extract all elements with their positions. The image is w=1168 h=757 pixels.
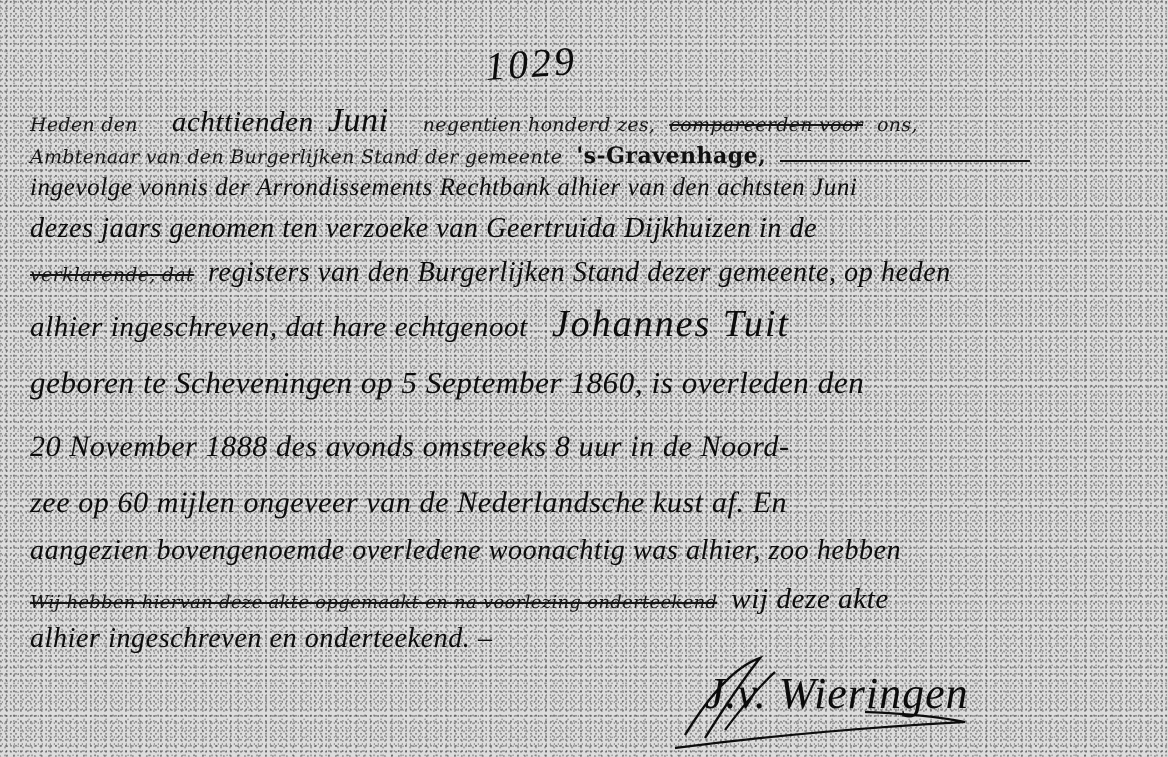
printed-year: negentien honderd zes, [423,114,656,136]
municipality-name: 's-Gravenhage, [576,143,766,169]
struck-printed-text: compareerden voor [669,114,863,136]
signature-text: J.v. Wieringen [705,668,969,719]
handwritten-text: dezes jaars genomen ten verzoeke van Gee… [30,213,817,245]
handwritten-text: 20 November 1888 des avonds omstreeks 8 … [30,430,790,464]
struck-printed-text: verklarende, dat [30,264,194,286]
handwritten-day: achttienden [172,106,314,139]
record-line-11: Wij hebben hiervan deze akte opgemaakt e… [30,583,1148,616]
printed-officer-text: Ambtenaar van den Burgerlijken Stand der… [30,146,562,168]
fill-rule [780,160,1030,162]
record-line-8: 20 November 1888 des avonds omstreeks 8 … [30,430,1148,464]
record-line-12: alhier ingeschreven en onderteekend. – [30,623,1148,655]
handwritten-text: alhier ingeschreven, dat hare echtgenoot [30,311,528,344]
handwritten-text: wij deze akte [731,583,889,616]
struck-printed-text: Wij hebben hiervan deze akte opgemaakt e… [30,592,717,613]
record-line-9: zee op 60 mijlen ongeveer van de Nederla… [30,486,1148,520]
record-line-4: dezes jaars genomen ten verzoeke van Gee… [30,213,1148,245]
handwritten-text: alhier ingeschreven en onderteekend. – [30,623,493,655]
handwritten-text: zee op 60 mijlen ongeveer van de Nederla… [30,486,787,520]
record-line-2: Ambtenaar van den Burgerlijken Stand der… [30,143,1148,169]
handwritten-text: ingevolge vonnis der Arrondissements Rec… [30,174,857,202]
handwritten-text: registers van den Burgerlijken Stand dez… [208,257,951,289]
official-signature: J.v. Wieringen [665,650,975,750]
record-line-7: geboren te Scheveningen op 5 September 1… [30,365,1148,401]
record-line-1: Heden den achttienden Juni negentien hon… [30,102,1148,140]
record-line-10: aangezien bovengenoemde overledene woona… [30,535,1148,567]
handwritten-text: geboren te Scheveningen op 5 September 1… [30,365,864,401]
handwritten-month: Juni [328,102,389,140]
civil-registry-record: 1029 Heden den achttienden Juni negentie… [0,0,1168,757]
record-line-6: alhier ingeschreven, dat hare echtgenoot… [30,302,1148,346]
record-line-5: verklarende, dat registers van den Burge… [30,257,1148,289]
record-line-3: ingevolge vonnis der Arrondissements Rec… [30,174,1148,202]
akte-number: 1029 [483,37,578,90]
handwritten-text: aangezien bovengenoemde overledene woona… [30,535,901,567]
printed-text: ons, [877,114,918,136]
printed-text: Heden den [30,114,138,136]
deceased-name: Johannes Tuit [552,302,790,346]
